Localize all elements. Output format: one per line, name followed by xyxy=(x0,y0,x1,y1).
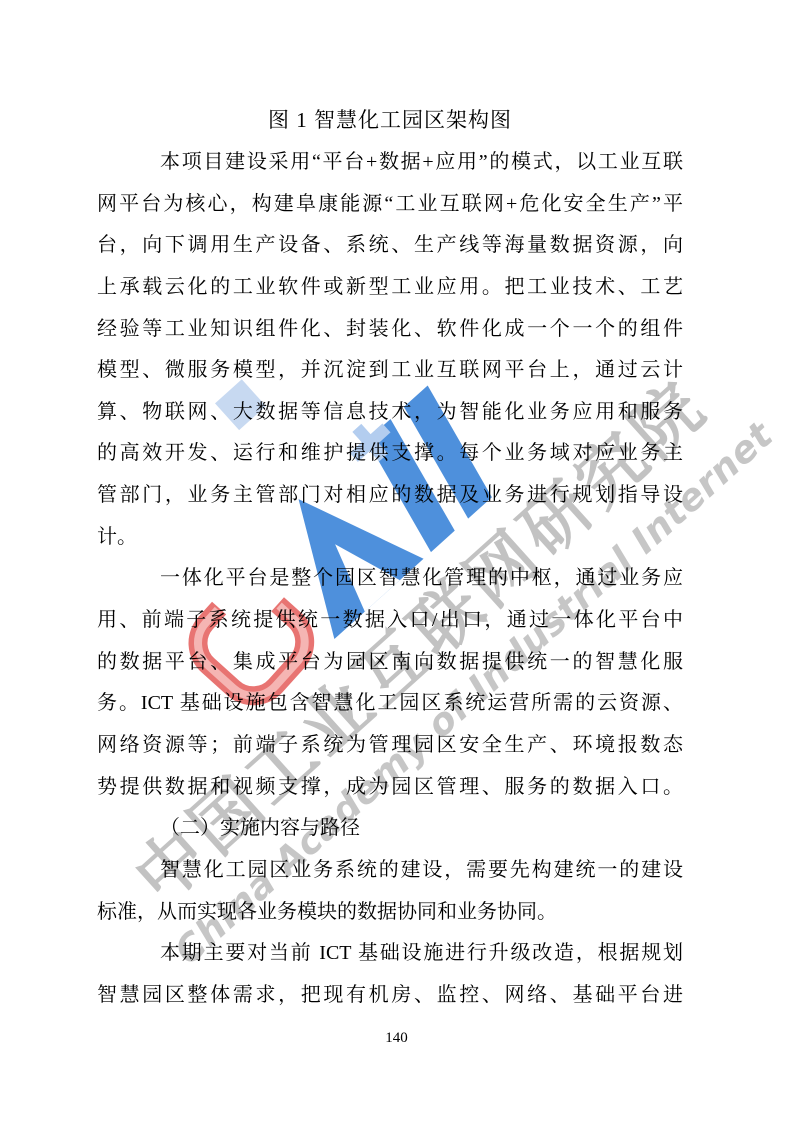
text-line: 势提供数据和视频支撑，成为园区管理、服务的数据入口。 xyxy=(97,767,683,809)
text-line: （二）实施内容与路径 xyxy=(97,808,683,850)
text-line: 模型、微服务模型，并沉淀到工业互联网平台上，通过云计 xyxy=(97,350,683,392)
text-line: 智慧化工园区业务系统的建设，需要先构建统一的建设 xyxy=(97,850,683,892)
text-line: 管部门，业务主管部门对相应的数据及业务进行规划指导设 xyxy=(97,475,683,517)
text-line: 智慧园区整体需求，把现有机房、监控、网络、基础平台进 xyxy=(97,975,683,1017)
text-line: 标准，从而实现各业务模块的数据协同和业务协同。 xyxy=(97,892,683,934)
text-line: 本期主要对当前 ICT 基础设施进行升级改造，根据规划 xyxy=(97,933,683,975)
text-line: 一体化平台是整个园区智慧化管理的中枢，通过业务应 xyxy=(97,558,683,600)
text-line: 上承载云化的工业软件或新型工业应用。把工业技术、工艺 xyxy=(97,267,683,309)
text-line: 本项目建设采用“平台+数据+应用”的模式，以工业互联 xyxy=(97,142,683,184)
text-line: 的数据平台、集成平台为园区南向数据提供统一的智慧化服 xyxy=(97,642,683,684)
text-line: 算、物联网、大数据等信息技术，为智能化业务应用和服务 xyxy=(97,392,683,434)
text-line: 务。ICT 基础设施包含智慧化工园区系统运营所需的云资源、 xyxy=(97,683,683,725)
text-line: 台，向下调用生产设备、系统、生产线等海量数据资源，向 xyxy=(97,225,683,267)
text-line: 网平台为核心，构建阜康能源“工业互联网+危化安全生产”平 xyxy=(97,184,683,226)
text-line: 经验等工业知识组件化、封装化、软件化成一个一个的组件 xyxy=(97,309,683,351)
document-page: 中国工业互联网研究院 China Academy of Industrial I… xyxy=(0,0,793,1122)
text-line: 网络资源等；前端子系统为管理园区安全生产、环境报数态 xyxy=(97,725,683,767)
page-number: 140 xyxy=(0,1030,793,1047)
figure-caption: 图 1 智慧化工园区架构图 xyxy=(97,98,683,142)
text-line: 用、前端子系统提供统一数据入口/出口，通过一体化平台中 xyxy=(97,600,683,642)
document-body-lines: 本项目建设采用“平台+数据+应用”的模式，以工业互联网平台为核心，构建阜康能源“… xyxy=(97,142,683,1016)
document-body: 图 1 智慧化工园区架构图 本项目建设采用“平台+数据+应用”的模式，以工业互联… xyxy=(97,98,683,1016)
text-line: 计。 xyxy=(97,517,683,559)
text-line: 的高效开发、运行和维护提供支撑。每个业务域对应业务主 xyxy=(97,433,683,475)
